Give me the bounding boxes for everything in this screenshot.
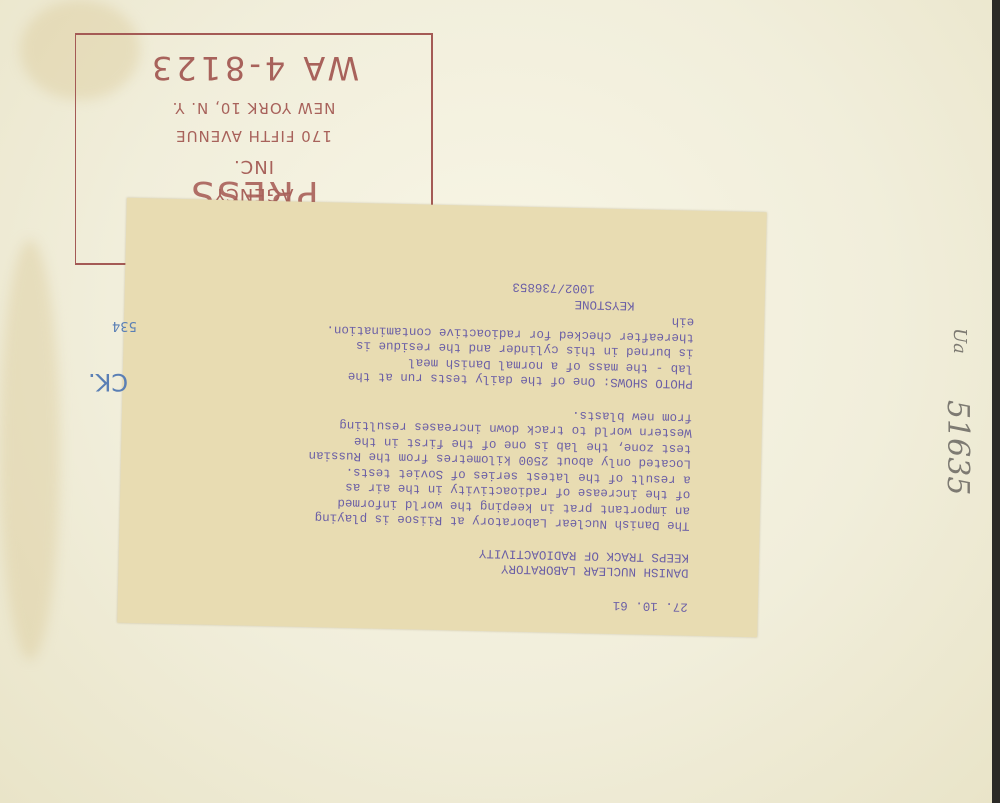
age-stain-left	[0, 240, 60, 660]
stamp-city: NEW YORK 10, N. Y.	[76, 99, 431, 117]
handwritten-number: 51635	[940, 400, 975, 495]
caption-card: 27. 10. 61 DANISH NUCLEAR LABORATORY KEE…	[117, 198, 766, 637]
blue-pencil-mark: CK.	[88, 368, 128, 396]
handwritten-initials: Ua	[949, 328, 970, 354]
photo-edge	[992, 0, 1000, 803]
caption-text-block: 27. 10. 61 DANISH NUCLEAR LABORATORY KEE…	[117, 198, 766, 637]
caption-body: The Danish Nuclear Laboratory at Riisoe …	[138, 397, 693, 533]
stamp-address: 170 FIFTH AVENUE	[76, 127, 431, 145]
caption-headline: DANISH NUCLEAR LABORATORY KEEPS TRACK OF…	[137, 537, 690, 581]
caption-date: 27. 10. 61	[136, 586, 688, 614]
stamp-phone: WA 4-8123	[76, 49, 431, 87]
blue-pencil-number: 534	[112, 318, 137, 333]
stamp-inc: INC.	[76, 156, 431, 177]
caption-photo-shows: PHOTO SHOWS: One of the daily tests run …	[141, 301, 695, 391]
